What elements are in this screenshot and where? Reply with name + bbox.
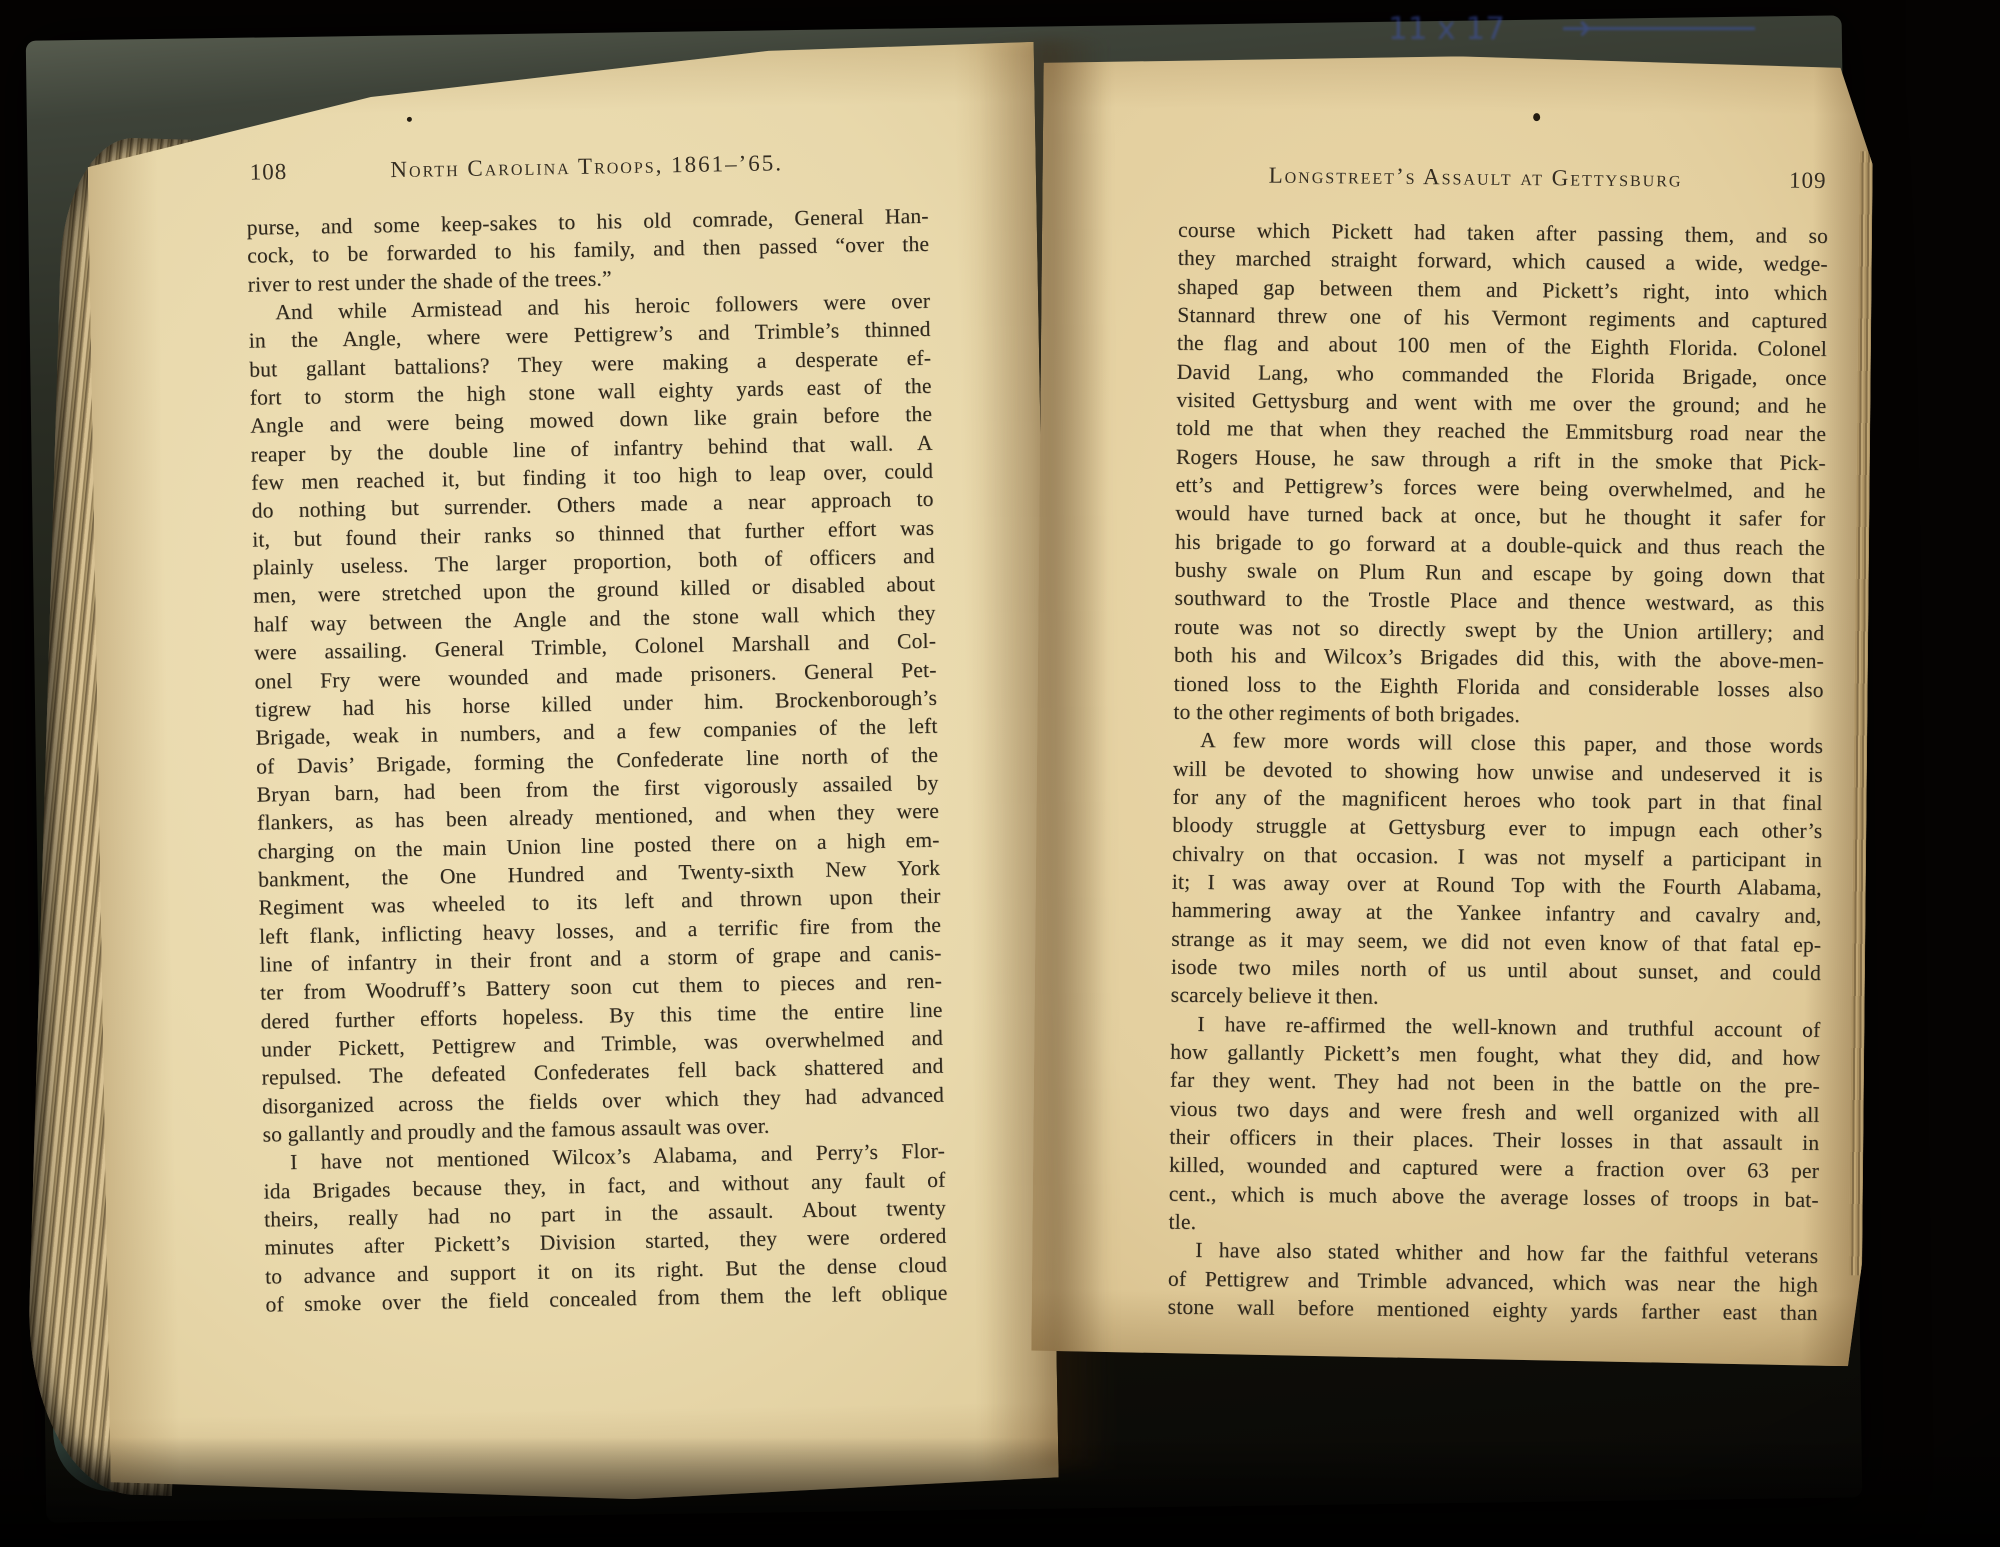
right-running-head: Longstreet’s Assault at Gettysburg 109 [1178,162,1828,198]
paragraph: course which Pickett had taken after pas… [1173,216,1828,732]
left-page-text: purse, and some keep-sakes to his old co… [247,202,948,1319]
annotation-line [1585,27,1755,30]
right-page: Longstreet’s Assault at Gettysburg 109 c… [1031,52,1873,1366]
photo-backdrop: 11 x 17 → 108 North Carolina Troops, 186… [0,0,2000,1547]
right-page-text: course which Pickett had taken after pas… [1168,216,1829,1328]
right-page-number: 109 [1789,168,1827,194]
paragraph: I have not mentioned Wilcox’s Alabama, a… [263,1137,948,1319]
page-edge-lines [1849,152,1873,1275]
text-line: stone wall before mentioned eighty yards… [1168,1293,1818,1328]
annotation-text: 11 x 17 [1388,11,1505,47]
paragraph: A few more words will close this paper, … [1171,726,1824,1016]
paragraph: And while Armistead and his heroic follo… [248,287,945,1149]
left-page: 108 North Carolina Troops, 1861–’65. pur… [86,42,1059,1508]
gutter-shadow [976,40,1113,1471]
left-page-number: 108 [250,159,288,186]
ink-speck [1533,113,1540,121]
paragraph: I have re-affirmed the well-known and tr… [1168,1009,1820,1242]
ink-speck [407,117,412,122]
left-running-head: 108 North Carolina Troops, 1861–’65. [246,148,928,190]
paragraph: purse, and some keep-sakes to his old co… [247,202,930,299]
right-running-title: Longstreet’s Assault at Gettysburg [1178,162,1828,194]
background-annotation: 11 x 17 → [1388,8,1755,49]
left-running-title: North Carolina Troops, 1861–’65. [246,148,928,186]
paragraph: I have also stated whither and how far t… [1168,1236,1819,1327]
